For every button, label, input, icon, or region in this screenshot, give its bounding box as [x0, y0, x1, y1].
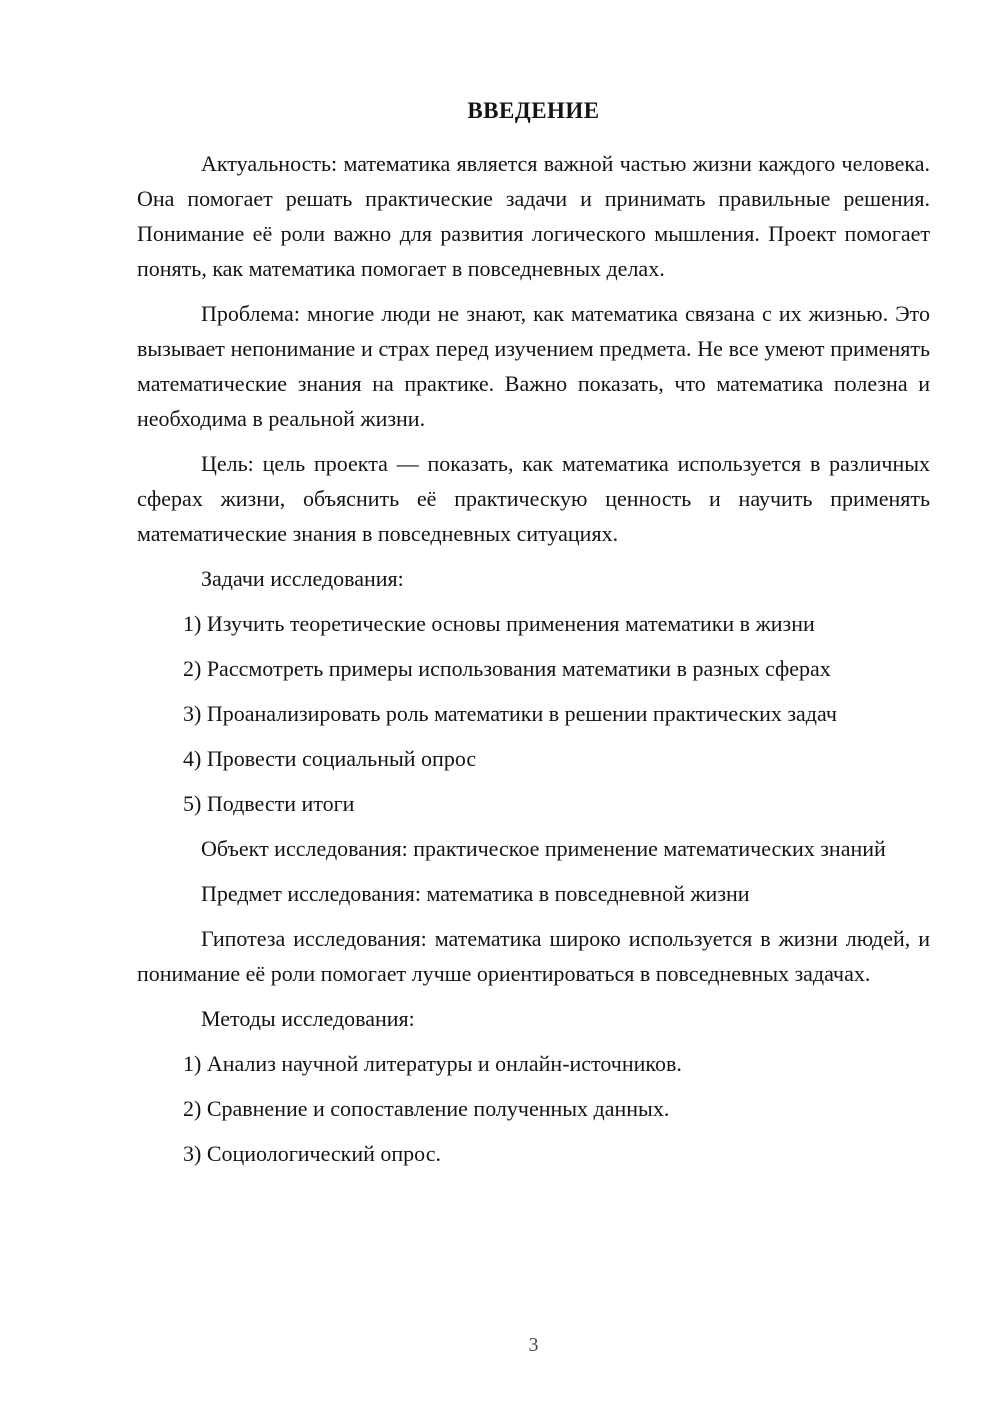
paragraph: Задачи исследования:: [137, 561, 930, 596]
paragraph: Цель: цель проекта — показать, как матем…: [137, 446, 930, 551]
document-body: Актуальность: математика является важной…: [137, 146, 930, 1171]
paragraph: Объект исследования: практическое примен…: [137, 831, 930, 866]
list-item: 3) Проанализировать роль математики в ре…: [137, 696, 930, 731]
paragraph: Предмет исследования: математика в повсе…: [137, 876, 930, 911]
paragraph: Актуальность: математика является важной…: [137, 146, 930, 286]
text-block: ВВЕДЕНИЕ Актуальность: математика являет…: [137, 96, 930, 1181]
list-item: 3) Социологический опрос.: [137, 1136, 930, 1171]
list-item: 4) Провести социальный опрос: [137, 741, 930, 776]
list-item: 5) Подвести итоги: [137, 786, 930, 821]
page-number: 3: [137, 1332, 930, 1358]
list-item: 2) Рассмотреть примеры использования мат…: [137, 651, 930, 686]
paragraph: Методы исследования:: [137, 1001, 930, 1036]
document-page: ВВЕДЕНИЕ Актуальность: математика являет…: [0, 0, 1000, 1414]
page-title: ВВЕДЕНИЕ: [137, 96, 930, 126]
paragraph: Проблема: многие люди не знают, как мате…: [137, 296, 930, 436]
list-item: 1) Анализ научной литературы и онлайн-ис…: [137, 1046, 930, 1081]
list-item: 1) Изучить теоретические основы применен…: [137, 606, 930, 641]
paragraph: Гипотеза исследования: математика широко…: [137, 921, 930, 991]
list-item: 2) Сравнение и сопоставление полученных …: [137, 1091, 930, 1126]
